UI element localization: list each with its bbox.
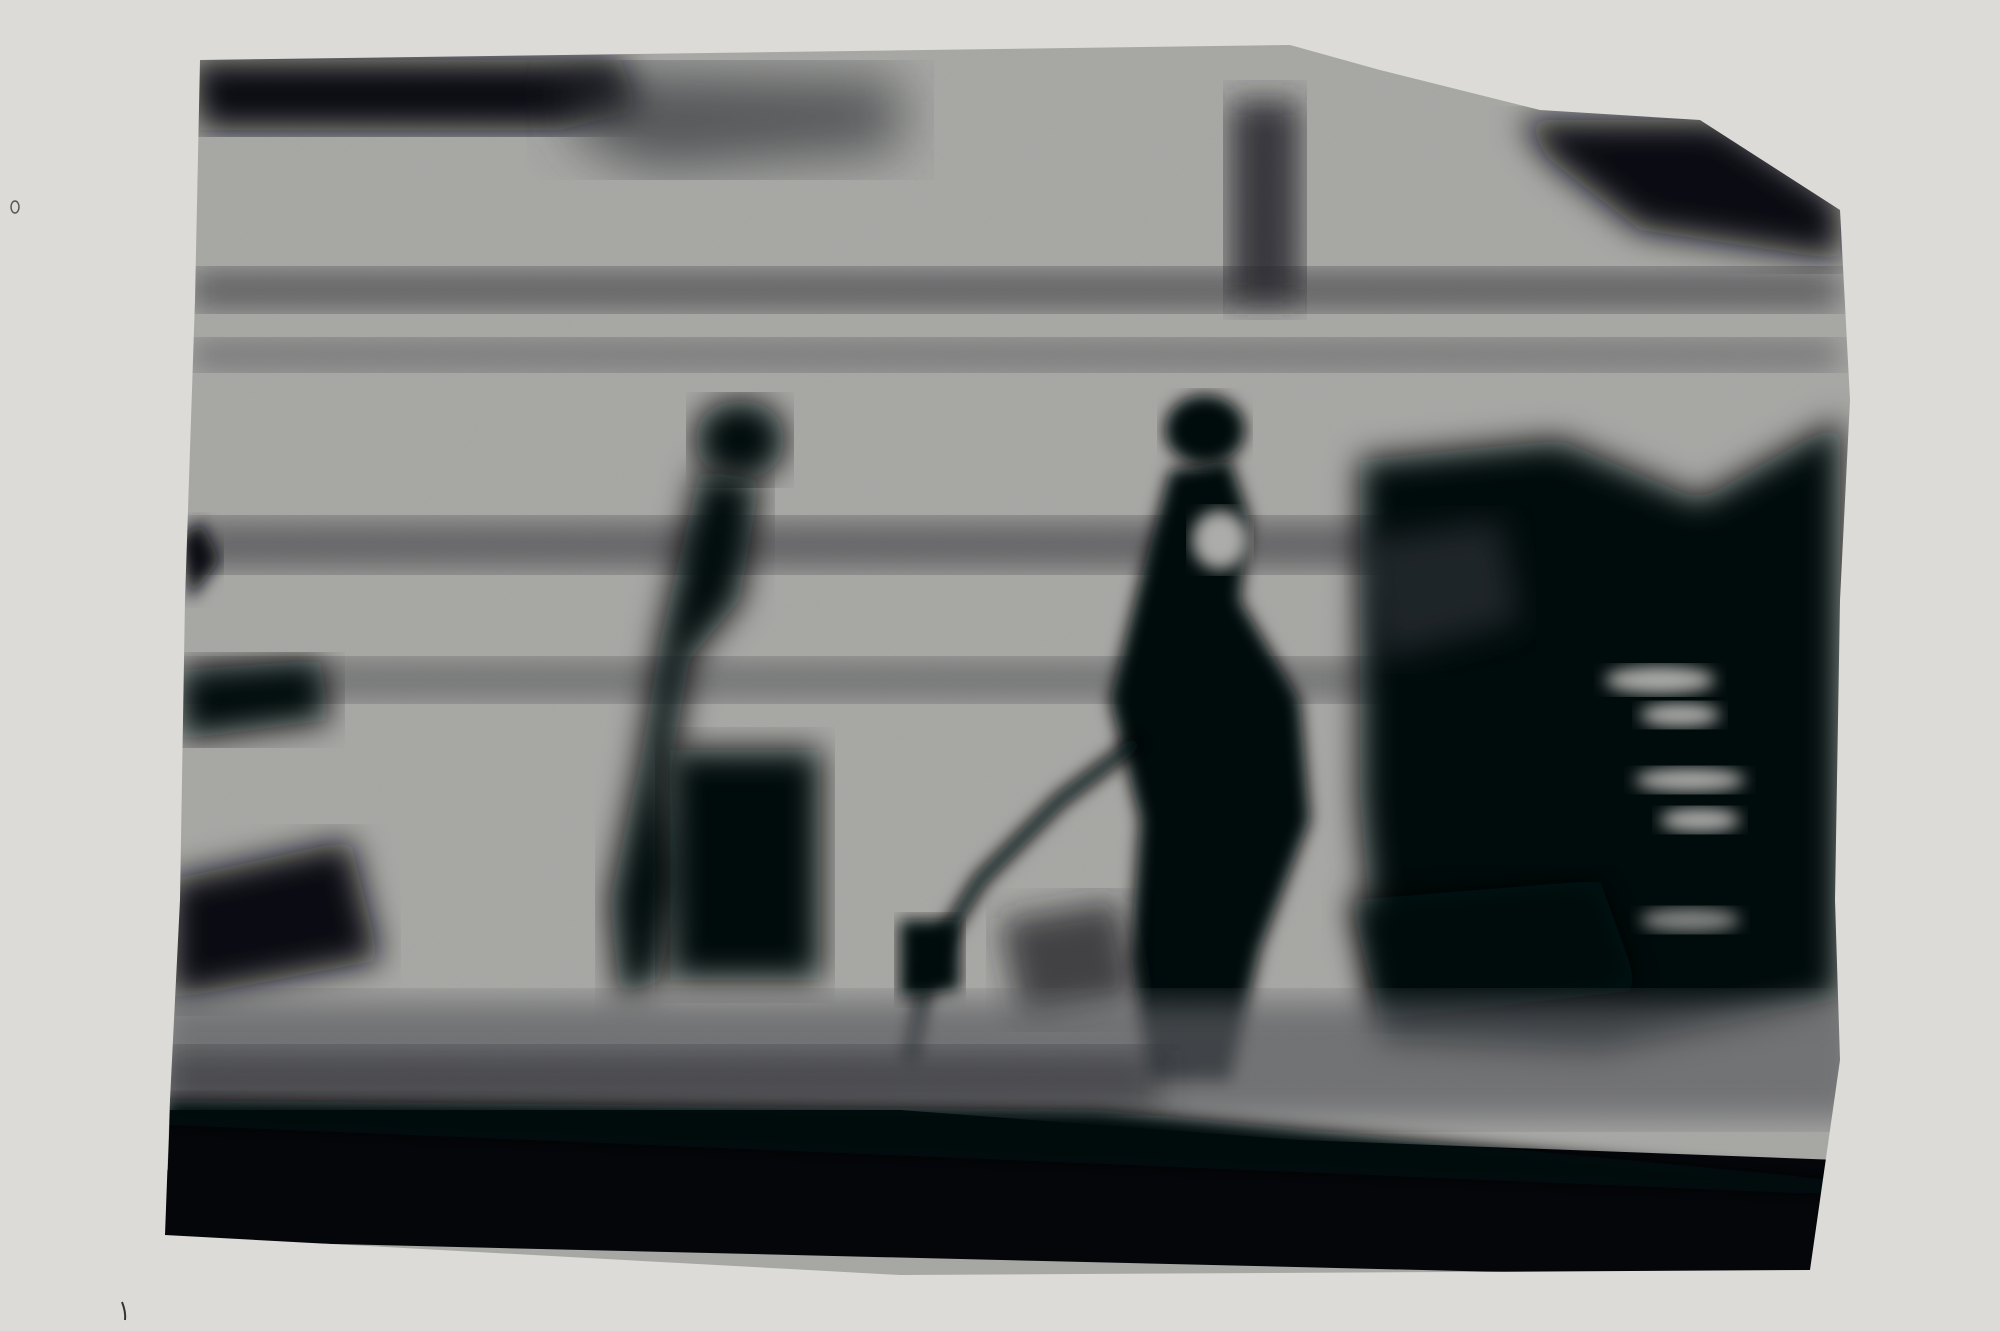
print-image-area — [150, 40, 1870, 1290]
photographic-print — [0, 0, 2000, 1331]
paper-speck — [11, 201, 19, 213]
paper-speck — [122, 1302, 125, 1320]
